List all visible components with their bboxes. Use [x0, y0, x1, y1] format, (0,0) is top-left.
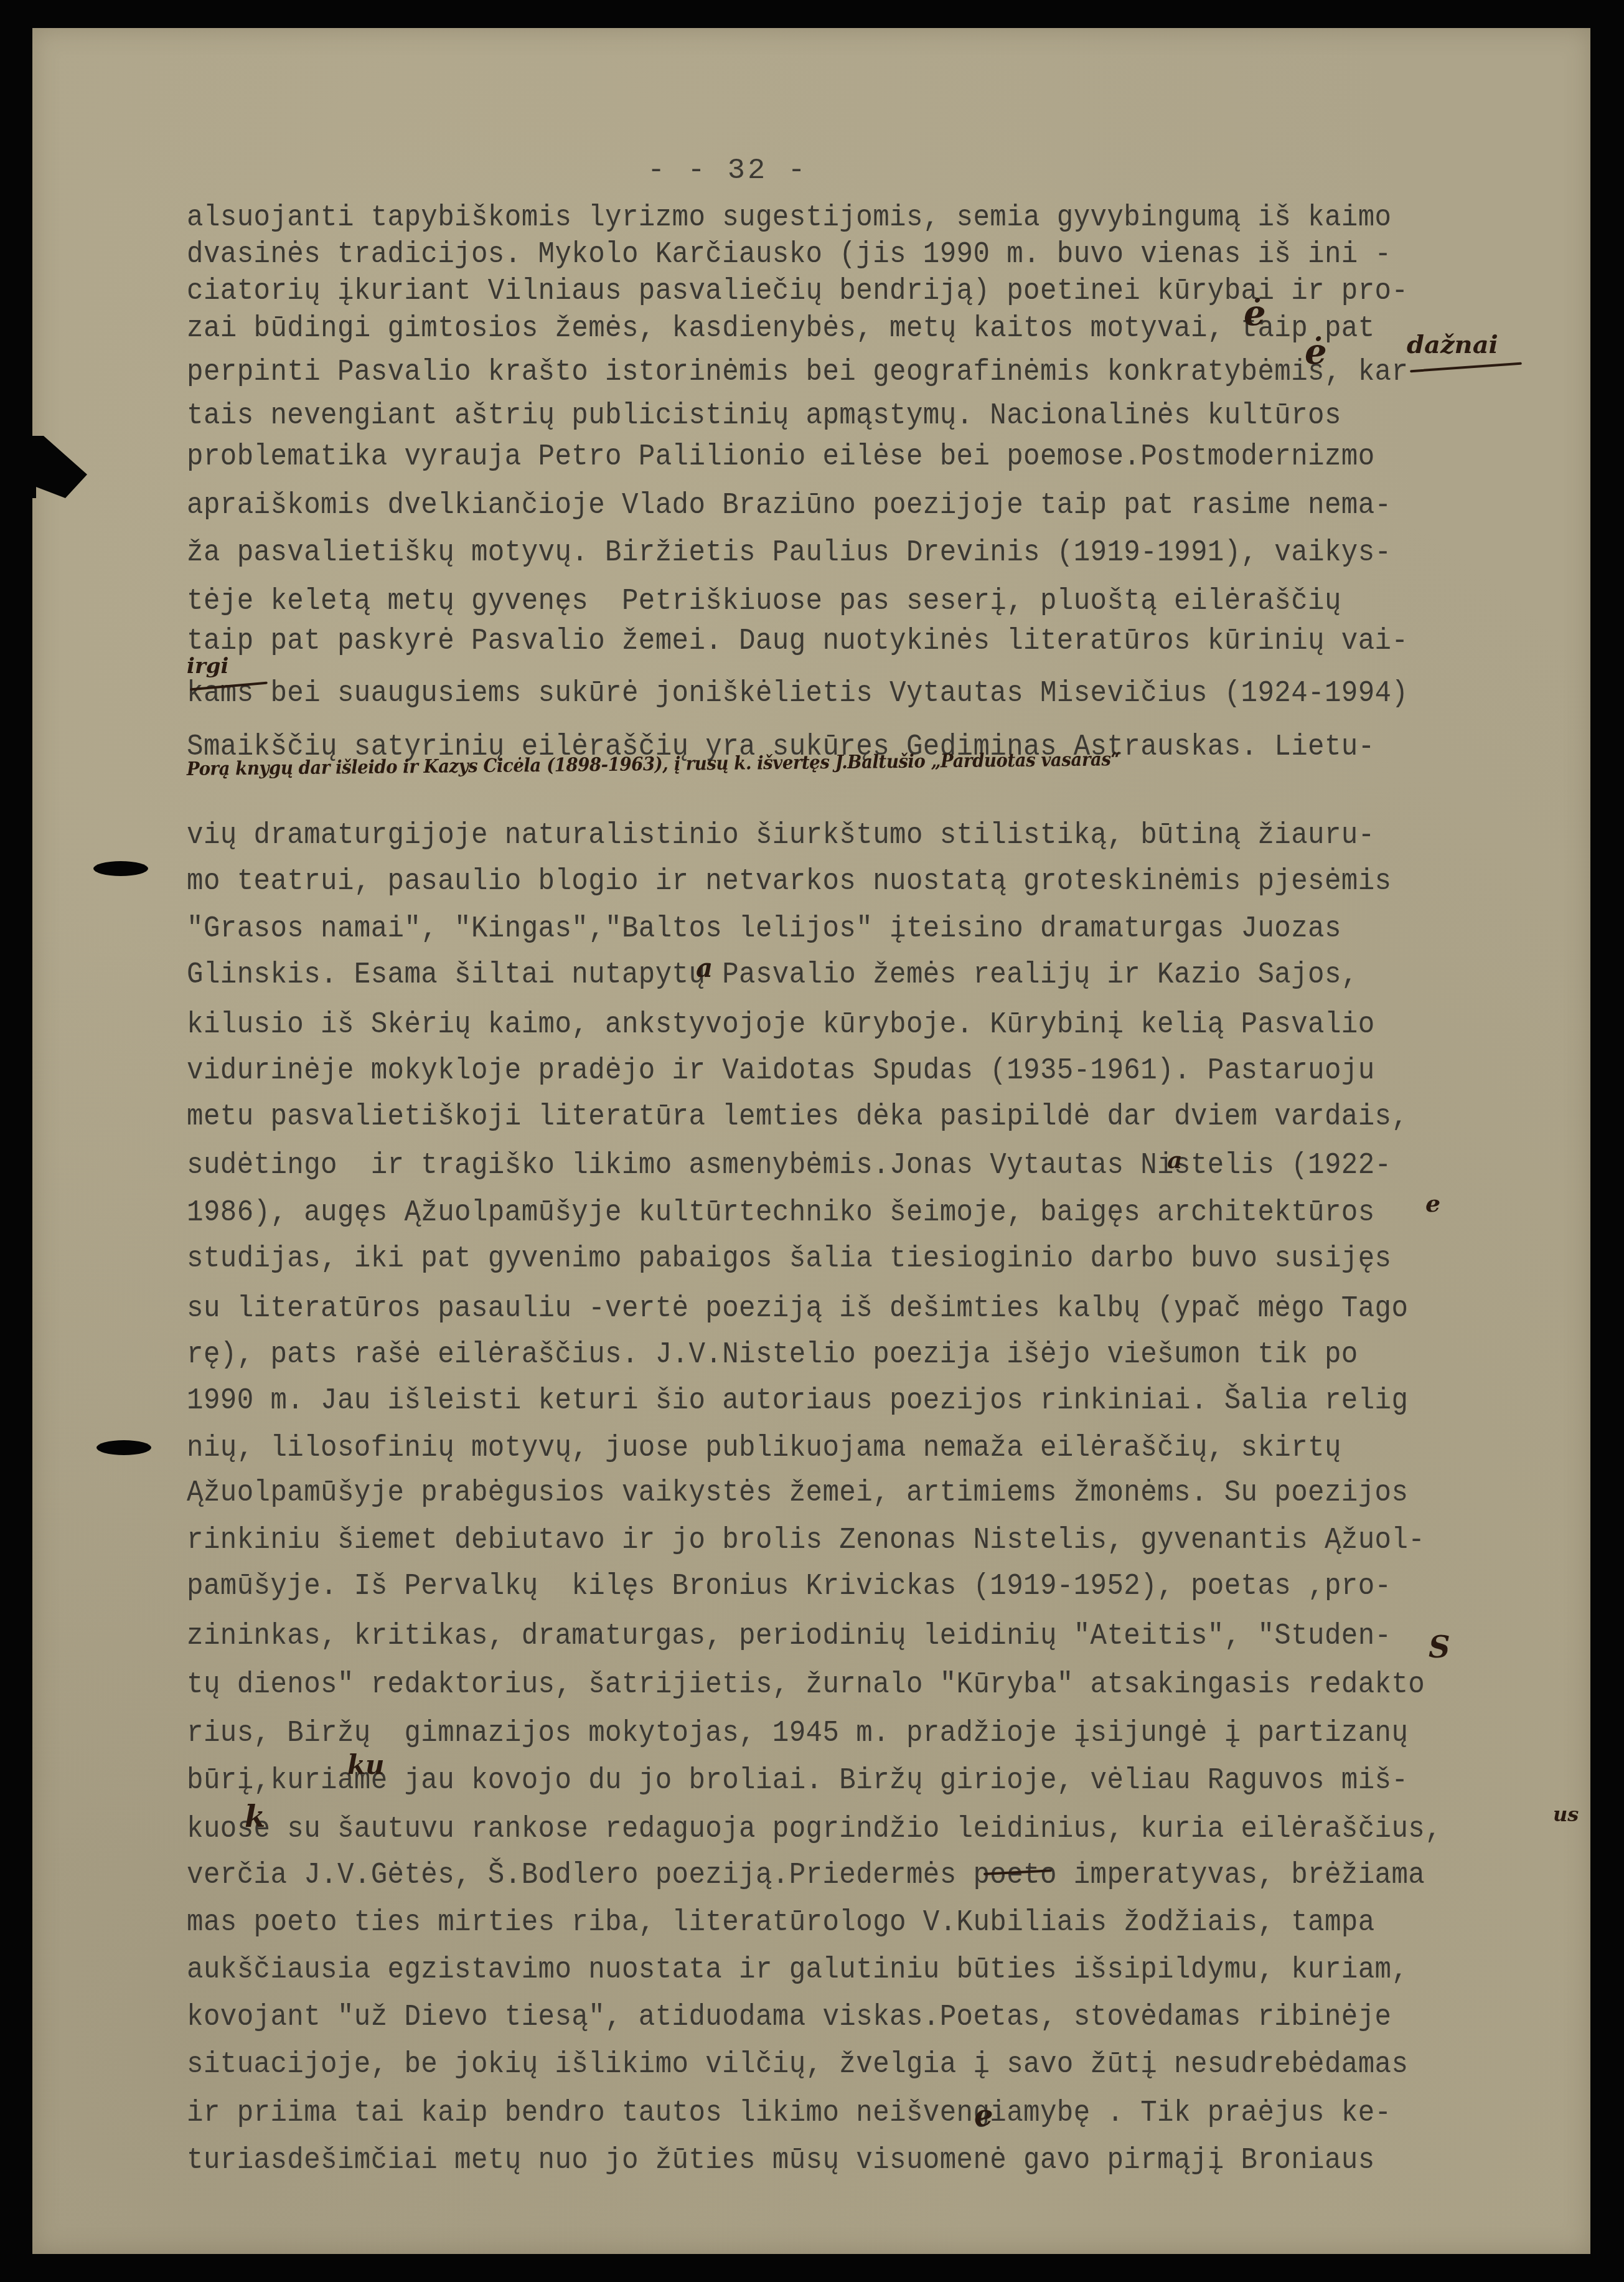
correction-mark: ė — [1244, 293, 1266, 334]
text-line: tėje keletą metų gyvenęs Petriškiuose pa… — [187, 583, 1341, 620]
text-line: 1986), augęs Ąžuolpamūšyje kultūrtechnik… — [187, 1194, 1375, 1232]
text-line: ir priima tai kaip bendro tautos likimo … — [187, 2095, 1391, 2132]
text-line: alsuojanti tapybiškomis lyrizmo sugestij… — [187, 199, 1391, 237]
text-line: situacijoje, be jokių išlikimo vilčių, ž… — [187, 2046, 1408, 2083]
text-line: rinkiniu šiemet debiutavo ir jo brolis Z… — [187, 1522, 1425, 1559]
text-line: apraiškomis dvelkiančioje Vlado Braziūno… — [187, 487, 1391, 524]
text-line: su literatūros pasauliu -vertė poeziją i… — [187, 1290, 1408, 1327]
text-line: Ąžuolpamūšyje prabėgusios vaikystės žeme… — [187, 1474, 1408, 1512]
text-line: aukščiausia egzistavimo nuostata ir galu… — [187, 1951, 1408, 1989]
correction-mark: S — [1429, 1630, 1450, 1665]
punch-hole-top — [93, 861, 148, 876]
text-line: perpinti Pasvalio krašto istorinėmis bei… — [187, 354, 1408, 391]
text-line: sudėtingo ir tragiško likimo asmenybėmis… — [187, 1147, 1391, 1184]
text-line: tų dienos" redaktorius, šatrijietis, žur… — [187, 1666, 1425, 1704]
correction-mark: e — [974, 2098, 993, 2133]
text-line: dvasinės tradicijos. Mykolo Karčiausko (… — [187, 236, 1391, 273]
text-line: rę), pats rašė eilėraščius. J.V.Nistelio… — [187, 1336, 1358, 1374]
correction-mark: ku — [347, 1750, 385, 1780]
text-line: taip pat paskyrė Pasvalio žemei. Daug nu… — [187, 623, 1408, 660]
text-line: metu pasvalietiškoji literatūra lemties … — [187, 1098, 1408, 1136]
text-line: "Grasos namai", "Kingas","Baltos lelijos… — [187, 910, 1341, 948]
page-number: - - 32 - — [647, 154, 808, 187]
text-line: mo teatrui, pasaulio blogio ir netvarkos… — [187, 863, 1391, 900]
correction-mark: e — [1425, 1189, 1440, 1217]
text-line: ža pasvalietiškų motyvų. Biržietis Pauli… — [187, 534, 1391, 572]
text-line: kovojant "už Dievo tiesą", atiduodama vi… — [187, 1999, 1391, 2036]
text-line: 1990 m. Jau išleisti keturi šio autoriau… — [187, 1382, 1408, 1420]
text-line: verčia J.V.Gėtės, Š.Bodlero poeziją.Prie… — [187, 1857, 1425, 1894]
text-line: vidurinėje mokykloje pradėjo ir Vaidotas… — [187, 1052, 1375, 1090]
correction-mark: a — [1167, 1146, 1183, 1174]
text-line: kilusio iš Skėrių kaimo, ankstyvojoje kū… — [187, 1006, 1375, 1044]
text-line: zininkas, kritikas, dramaturgas, periodi… — [187, 1618, 1391, 1655]
text-line: kuose su šautuvu rankose redaguoja pogri… — [187, 1811, 1442, 1848]
text-line: vių dramaturgijoje naturalistinio šiurkš… — [187, 817, 1375, 854]
correction-mark: dažnai — [1407, 330, 1498, 359]
text-line: problematika vyrauja Petro Palilionio ei… — [187, 438, 1375, 476]
correction-mark: us — [1553, 1803, 1579, 1826]
text-line: mas poeto ties mirties riba, literatūrol… — [187, 1904, 1375, 1941]
correction-mark: a — [696, 953, 713, 983]
text-line: nių, lilosofinių motyvų, juose publikuoj… — [187, 1430, 1341, 1467]
text-line: rius, Biržų gimnazijos mokytojas, 1945 m… — [187, 1715, 1408, 1752]
correction-mark: ė — [1305, 331, 1327, 372]
text-line: ciatorių įkuriant Vilniaus pasvaliečių b… — [187, 273, 1408, 310]
text-line: Glinskis. Esama šiltai nutapytų Pasvalio… — [187, 956, 1358, 994]
text-line: tais nevengiant aštrių publicistinių apm… — [187, 397, 1341, 435]
correction-mark: irgi — [187, 654, 229, 679]
text-line: turiasdešimčiai metų nuo jo žūties mūsų … — [187, 2142, 1375, 2179]
text-line: kams bei suaugusiems sukūrė joniškėlieti… — [187, 675, 1408, 712]
punch-hole-bottom — [96, 1440, 151, 1455]
correction-mark: k — [245, 1799, 265, 1834]
text-line: zai būdingi gimtosios žemės, kasdienybės… — [187, 310, 1375, 347]
text-line: studijas, iki pat gyvenimo pabaigos šali… — [187, 1240, 1391, 1278]
text-line: pamūšyje. Iš Pervalkų kilęs Bronius Kriv… — [187, 1568, 1391, 1605]
